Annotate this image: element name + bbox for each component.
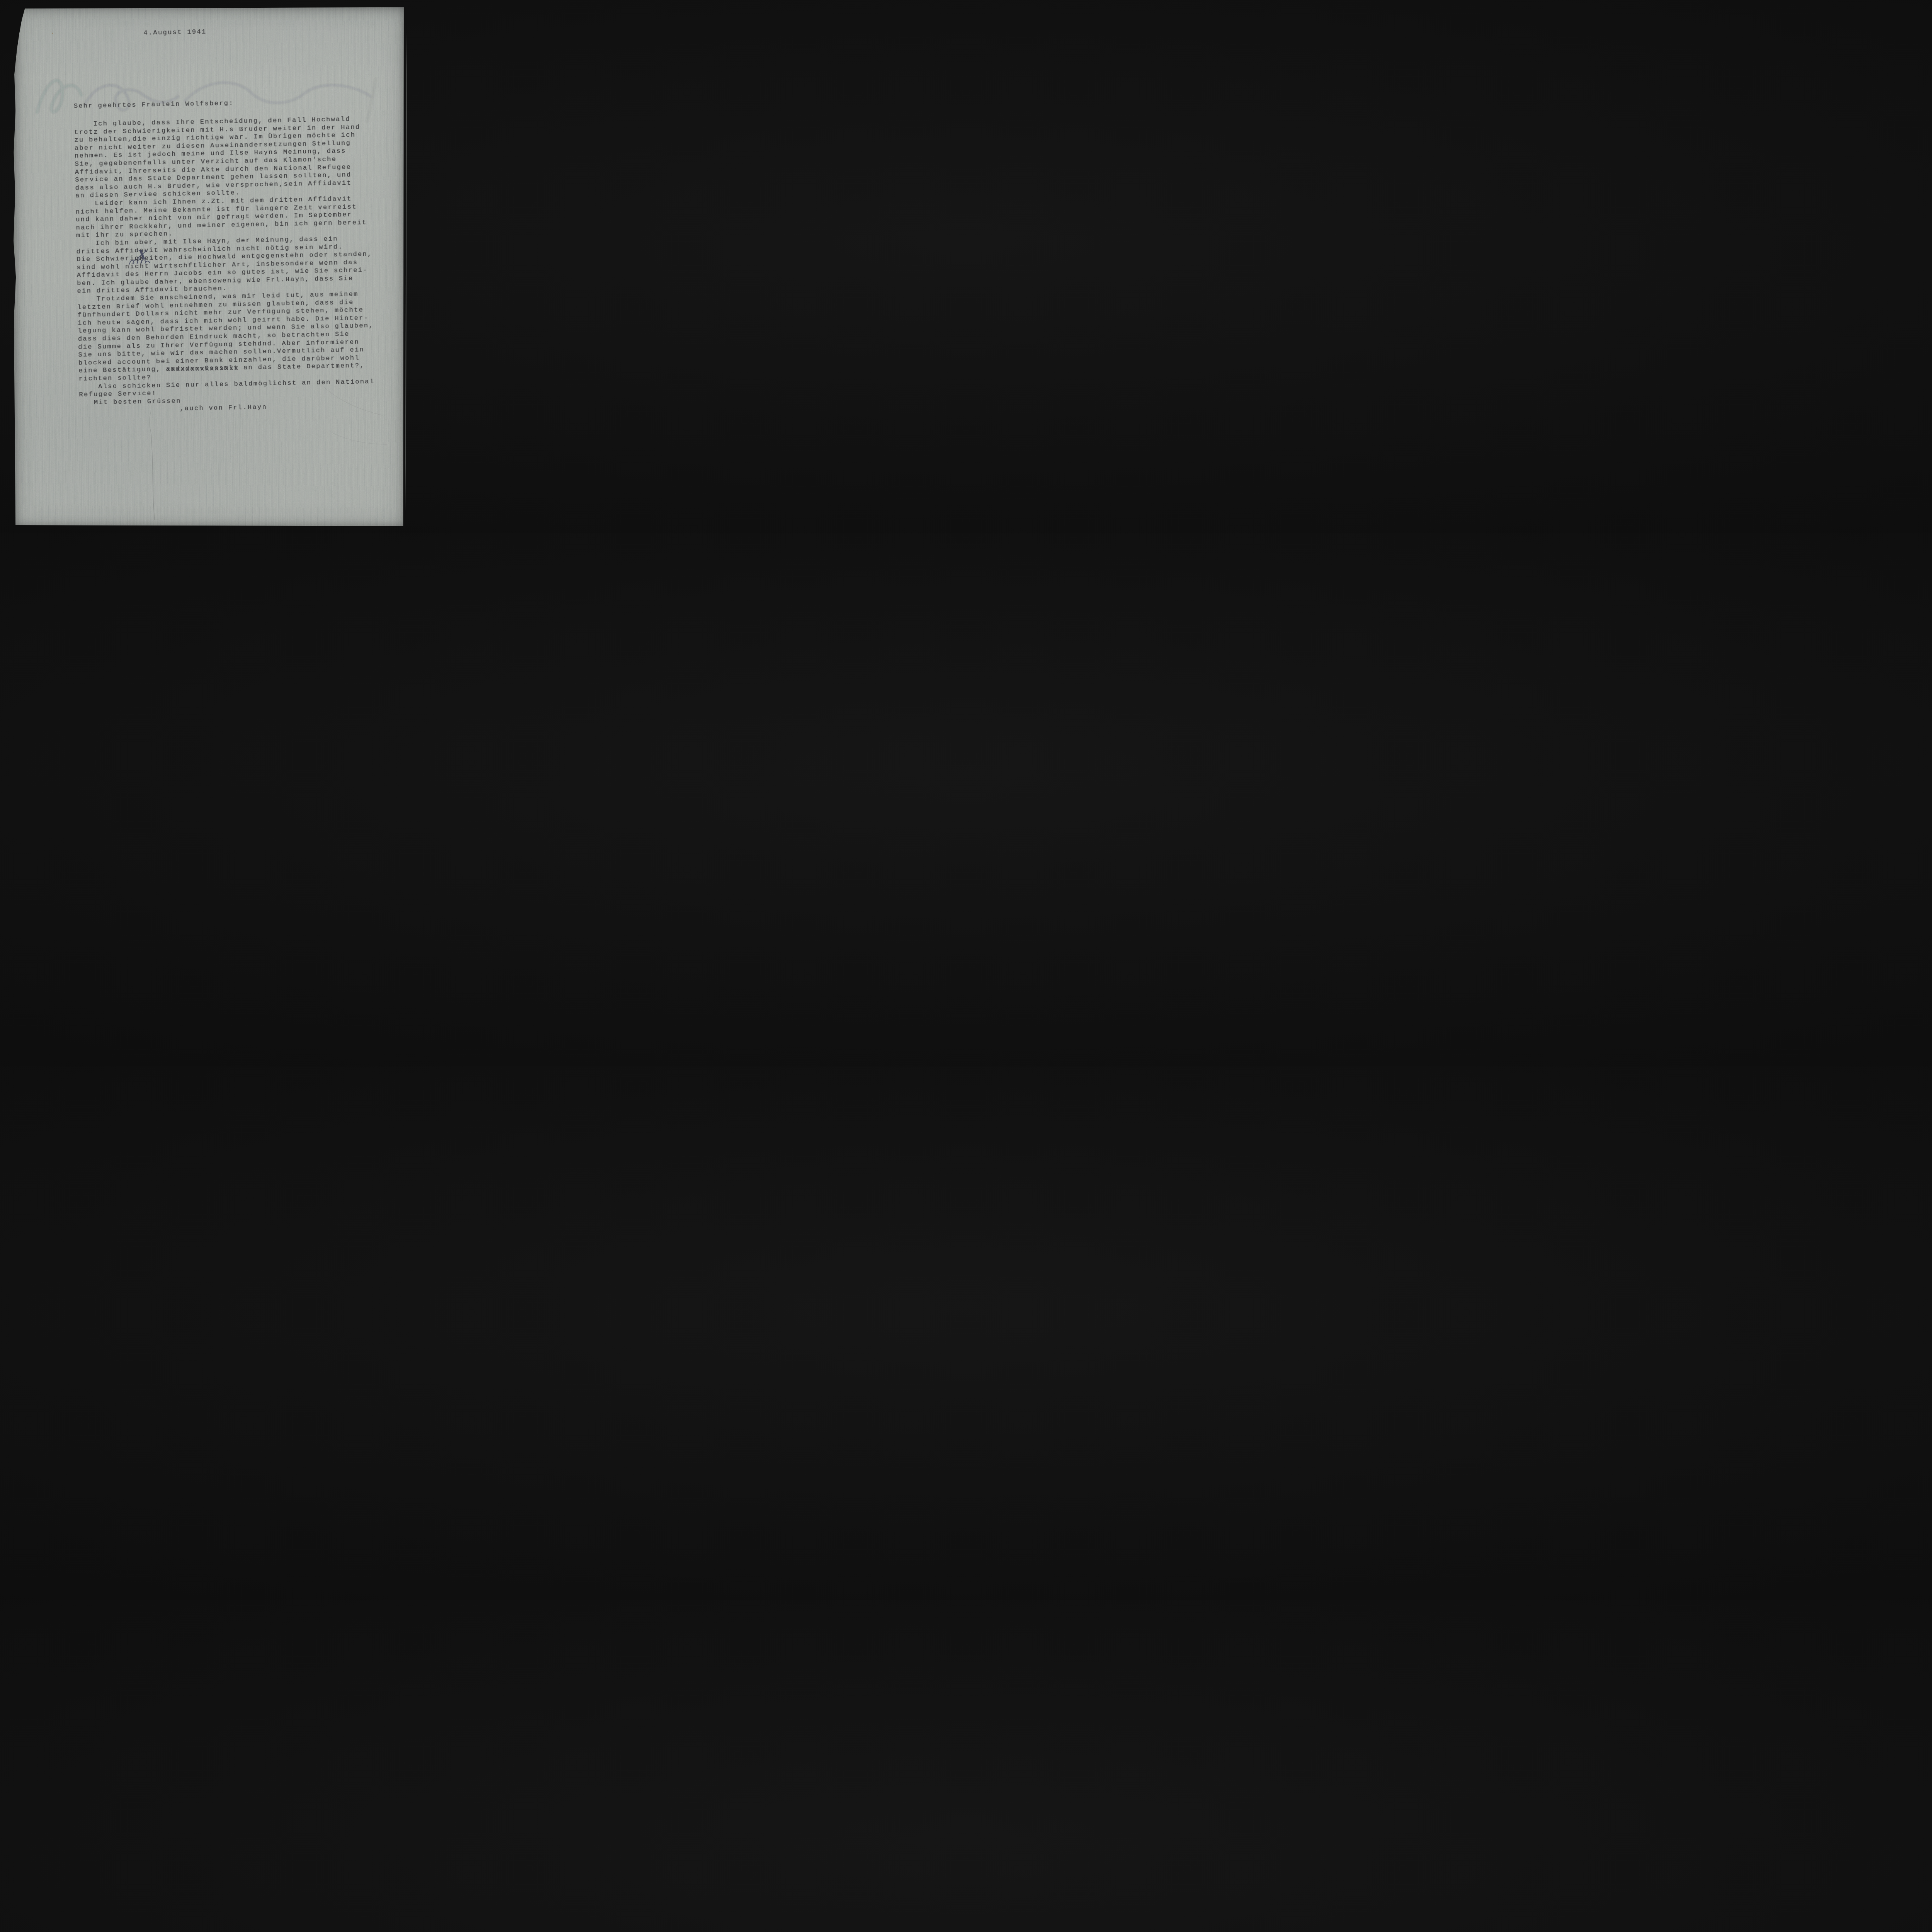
letter-text-segment: Die Schwierig <box>77 255 139 264</box>
crossed-out-word: amdxdanvConsmlt <box>166 365 239 373</box>
scanned-letter-screenshot: { "document": { "date": "4.August 1941",… <box>0 0 414 533</box>
letter-content: 4.August 1941 Sehr geehrtes Fräulein Wol… <box>72 1 385 7</box>
letter-body: Ich glaube, dass Ihre Entscheidung, den … <box>74 116 375 415</box>
letter-date: 4.August 1941 <box>143 29 206 37</box>
second-page-edge <box>405 32 407 512</box>
letter-paper: 4.August 1941 Sehr geehrtes Fräulein Wol… <box>13 7 404 527</box>
handwritten-x-correction: K <box>139 255 145 262</box>
letter-salutation: Sehr geehrtes Fräulein Wolfsberg: <box>74 100 234 110</box>
